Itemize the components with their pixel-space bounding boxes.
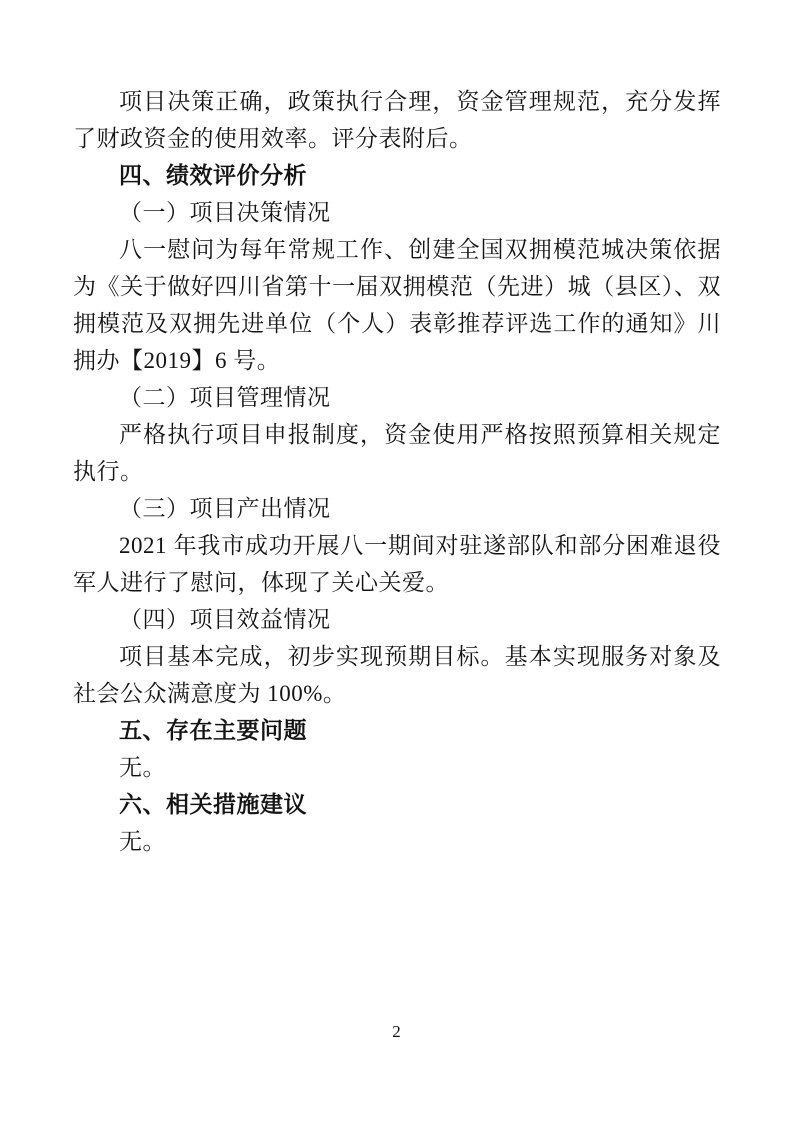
- page-footer: 2: [0, 1022, 793, 1042]
- paragraph-management-detail: 严格执行项目申报制度，资金使用严格按照预算相关规定执行。: [73, 416, 721, 490]
- heading-section-5-problems: 五、存在主要问题: [73, 712, 721, 749]
- paragraph-suggestions-none: 无。: [73, 823, 721, 860]
- paragraph-output-detail: 2021 年我市成功开展八一期间对驻遂部队和部分困难退役军人进行了慰问，体现了关…: [73, 527, 721, 601]
- document-body: 项目决策正确，政策执行合理，资金管理规范，充分发挥了财政资金的使用效率。评分表附…: [73, 83, 721, 860]
- page-number: 2: [392, 1022, 401, 1041]
- subheading-4-benefit: （四）项目效益情况: [73, 601, 721, 638]
- subheading-1-decision: （一）项目决策情况: [73, 194, 721, 231]
- document-page: 项目决策正确，政策执行合理，资金管理规范，充分发挥了财政资金的使用效率。评分表附…: [0, 0, 793, 1122]
- subheading-3-output: （三）项目产出情况: [73, 490, 721, 527]
- paragraph-decision-detail: 八一慰问为每年常规工作、创建全国双拥模范城决策依据为《关于做好四川省第十一届双拥…: [73, 231, 721, 379]
- heading-section-6-suggestions: 六、相关措施建议: [73, 786, 721, 823]
- subheading-2-management: （二）项目管理情况: [73, 379, 721, 416]
- paragraph-benefit-detail: 项目基本完成，初步实现预期目标。基本实现服务对象及社会公众满意度为 100%。: [73, 638, 721, 712]
- heading-section-4-analysis: 四、绩效评价分析: [73, 157, 721, 194]
- paragraph-problems-none: 无。: [73, 749, 721, 786]
- paragraph-evaluation-summary: 项目决策正确，政策执行合理，资金管理规范，充分发挥了财政资金的使用效率。评分表附…: [73, 83, 721, 157]
